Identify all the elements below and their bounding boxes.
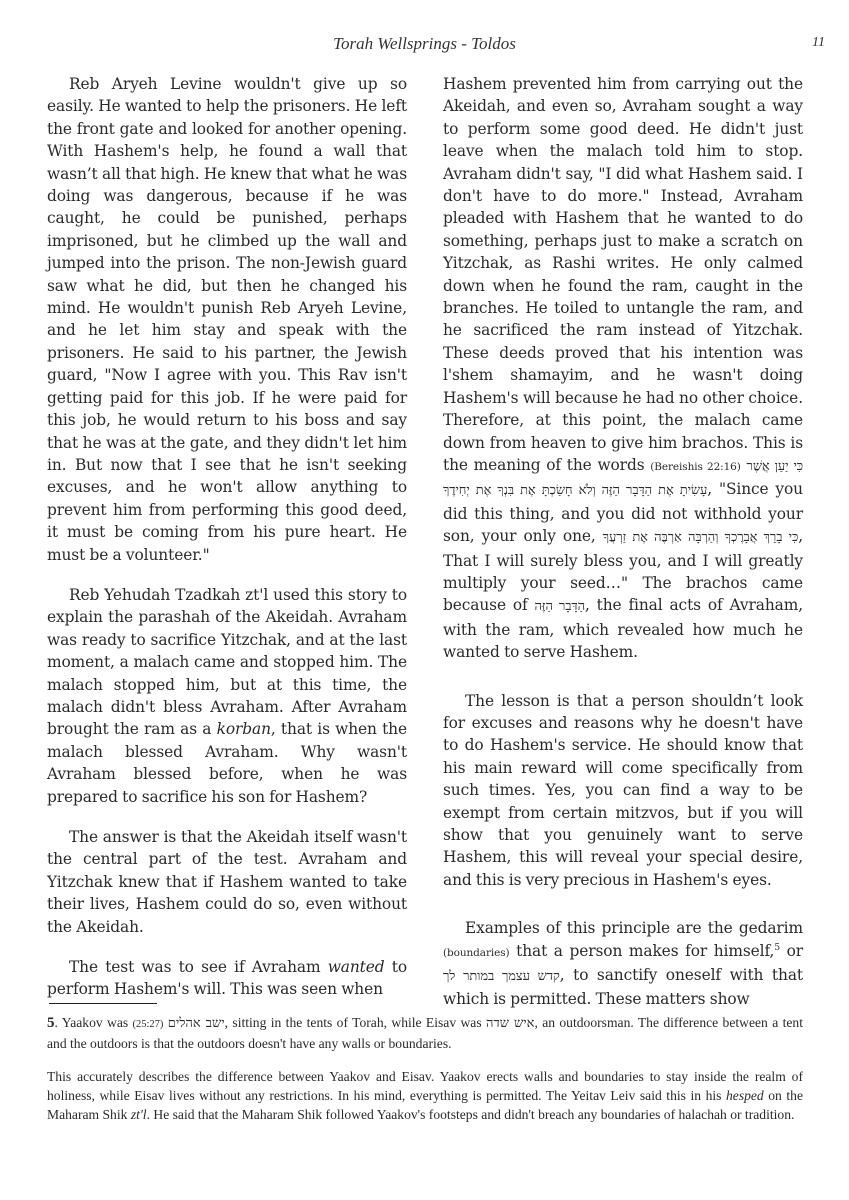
paragraph: The answer is that the Akeidah itself wa… [47,826,407,938]
text-run: Reb Yehudah Tzadkah zt'l used this story… [47,586,407,738]
right-column: Hashem prevented him from carrying out t… [443,73,803,1029]
hebrew-quote: כִּי בָרֵךְ אֲבָרֶכְךָ וְהַרְבָּה אַרְבֶ… [603,530,798,545]
hebrew-quote: איש שדה [486,1016,534,1031]
footnote-divider [49,1003,157,1004]
running-header-title: Torah Wellsprings - Toldos [0,34,849,54]
hebrew-quote: ישב אהלים [168,1016,225,1031]
text-run: . He said that the Maharam Shik followed… [147,1107,795,1122]
text-run: This accurately describes the difference… [47,1069,803,1103]
paragraph: Reb Yehudah Tzadkah zt'l used this story… [47,584,407,808]
paragraph: The lesson is that a person shouldn’t lo… [443,690,803,892]
italic-term: hesped [726,1088,764,1103]
text-run: that a person makes for himself, [510,942,775,960]
hebrew-quote: הַדָּבָר הַזֶּה [535,599,585,614]
page-number: 11 [812,35,825,51]
citation: (Bereishis 22:16) [650,461,741,473]
text-run: or [780,942,803,960]
text-run: Hashem prevented him from carrying out t… [443,75,803,474]
paragraph: Reb Aryeh Levine wouldn't give up so eas… [47,73,407,566]
text-run: Examples of this principle are the gedar… [465,919,803,937]
footnotes: 5. Yaakov was (25:27) ישב אהלים, sitting… [47,1013,803,1138]
footnote-continuation: This accurately describes the difference… [47,1067,803,1124]
text-run: , sitting in the tents of Torah, while E… [225,1015,486,1030]
hebrew-quote: קדש עצמך במותר לך [443,969,560,984]
paragraph: Hashem prevented him from carrying out t… [443,73,803,664]
gloss: (boundaries) [443,947,510,959]
italic-term: korban [217,720,271,738]
paragraph: Examples of this principle are the gedar… [443,917,803,1011]
footnote-5: 5. Yaakov was (25:27) ישב אהלים, sitting… [47,1013,803,1053]
text-run: . Yaakov was [55,1015,133,1030]
italic-term: wanted [328,958,385,976]
citation: (25:27) [133,1019,164,1030]
text-run: The test was to see if Avraham [69,958,328,976]
left-column: Reb Aryeh Levine wouldn't give up so eas… [47,73,407,1019]
paragraph: The test was to see if Avraham wanted to… [47,956,407,1001]
italic-term: zt'l [131,1107,147,1122]
footnote-number: 5 [47,1015,55,1031]
